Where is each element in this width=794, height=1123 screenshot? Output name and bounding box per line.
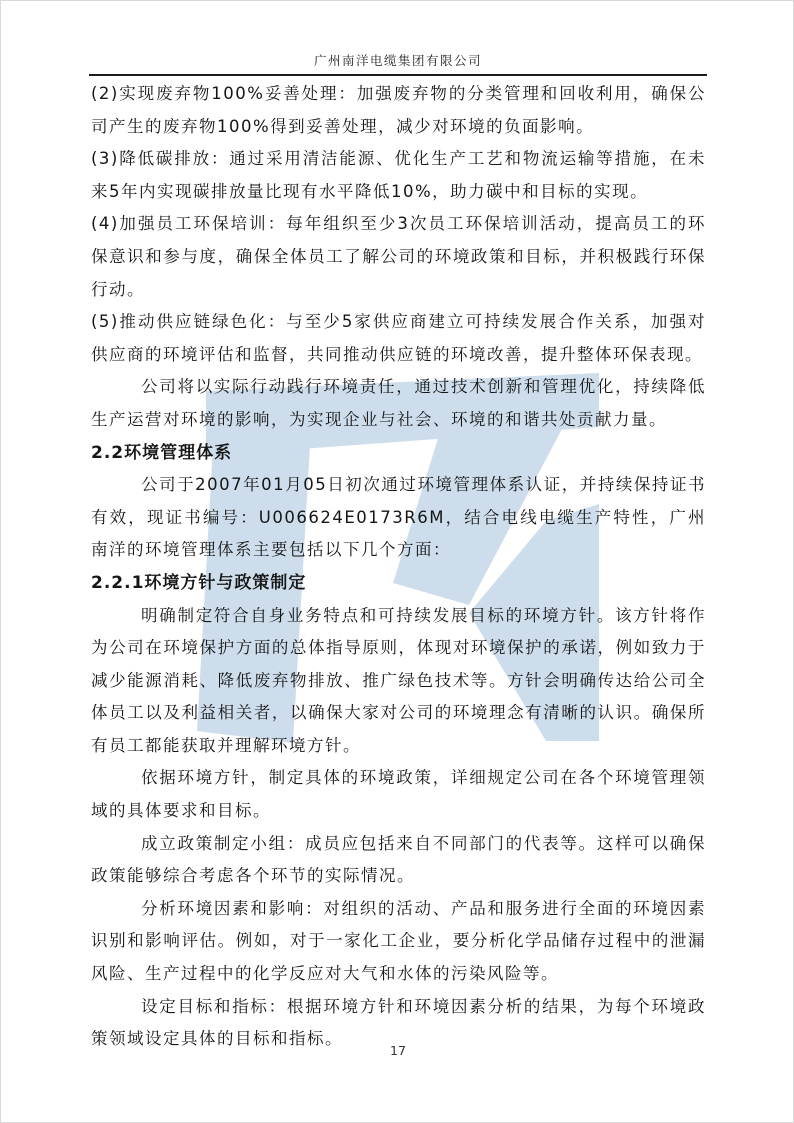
paragraph-policy-basis: 依据环境方针，制定具体的环境政策，详细规定公司在各个环境管理领域的具体要求和目标… bbox=[91, 762, 706, 827]
section-heading-policy: 2.2.1环境方针与政策制定 bbox=[91, 567, 706, 600]
section-heading-ems: 2.2环境管理体系 bbox=[91, 437, 706, 470]
paragraph-policy-team: 成立政策制定小组：成员应包括来自不同部门的代表等。这样可以确保政策能够综合考虑各… bbox=[91, 828, 706, 893]
paragraph-employee-training: (4)加强员工环保培训：每年组织至少3次员工环保培训活动，提高员工的环保意识和参… bbox=[91, 208, 706, 306]
document-page: 广州南洋电缆集团有限公司 (2)实现废弃物100%妥善处理：加强废弃物的分类管理… bbox=[0, 0, 794, 1123]
paragraph-commitment: 公司将以实际行动践行环境责任，通过技术创新和管理优化，持续降低生产运营对环境的影… bbox=[91, 371, 706, 436]
document-body: (2)实现废弃物100%妥善处理：加强废弃物的分类管理和回收利用，确保公司产生的… bbox=[91, 78, 706, 1056]
paragraph-carbon-reduction: (3)降低碳排放：通过采用清洁能源、优化生产工艺和物流运输等措施，在未来5年内实… bbox=[91, 143, 706, 208]
page-number: 17 bbox=[1, 1043, 794, 1058]
paragraph-waste-disposal: (2)实现废弃物100%妥善处理：加强废弃物的分类管理和回收利用，确保公司产生的… bbox=[91, 78, 706, 143]
paragraph-policy-guideline: 明确制定符合自身业务特点和可持续发展目标的环境方针。该方针将作为公司在环境保护方… bbox=[91, 600, 706, 763]
paragraph-certification: 公司于2007年01月05日初次通过环境管理体系认证，并持续保持证书有效，现证书… bbox=[91, 469, 706, 567]
paragraph-impact-analysis: 分析环境因素和影响：对组织的活动、产品和服务进行全面的环境因素识别和影响评估。例… bbox=[91, 893, 706, 991]
header-rule bbox=[89, 74, 707, 76]
paragraph-green-supply-chain: (5)推动供应链绿色化：与至少5家供应商建立可持续发展合作关系，加强对供应商的环… bbox=[91, 306, 706, 371]
header-company-name: 广州南洋电缆集团有限公司 bbox=[91, 51, 705, 69]
